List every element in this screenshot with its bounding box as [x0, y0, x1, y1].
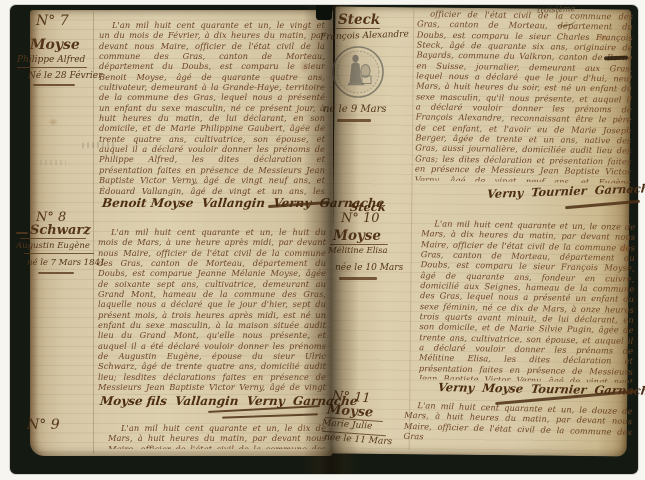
- underline: [38, 272, 74, 274]
- entry7-given-names: Philippe Alfred: [17, 55, 85, 65]
- register-scan: N° 7 Moyse Philippe Alfred Né le 28 Févr…: [0, 0, 645, 480]
- pencil-annotation: [40, 160, 66, 165]
- entry10-act-text: L'an mil huit cent quarante et un, le on…: [419, 218, 636, 383]
- margin-dash: [16, 232, 28, 234]
- entry9-act-text-start: L'an mil huit cent quarante et un, le di…: [108, 423, 326, 449]
- entry7-number: N° 7: [36, 13, 69, 29]
- entry8-surname: Schwarz: [30, 223, 91, 238]
- entry7-signatures: Benoit Moyse Vallangin Verny Garnache: [101, 196, 385, 210]
- entry8-birth-date: né le 7 Mars 1841: [27, 258, 105, 268]
- entry11-act-text-start: L'an mil huit cent quarante et un, le do…: [403, 400, 632, 448]
- entry8-act-text: L'an mil huit cent quarante et un, le hu…: [98, 227, 326, 392]
- steck-birth-date: né le 9 Mars: [323, 104, 387, 115]
- entry8-given-names: Augustin Eugène: [16, 241, 90, 251]
- entry10-number: N° 10: [341, 211, 380, 226]
- entry10-given-names: Mélitine Elisa: [328, 246, 388, 256]
- steck-act-text: officier de l'état civil de la commune d…: [415, 9, 633, 184]
- entry9-number: N° 9: [27, 417, 60, 433]
- entry7-surname: Moyse: [30, 37, 80, 53]
- entry10-birth-date: née le 10 Mars: [335, 263, 403, 273]
- spine-binding: [316, 5, 332, 20]
- entry7-birth-date: Né le 28 Février: [28, 71, 102, 81]
- underline: [33, 84, 75, 86]
- steck-surname: Steck: [338, 12, 380, 28]
- official-seal-icon: [331, 45, 385, 99]
- underline: [337, 119, 371, 122]
- entry10-surname: Moyse: [333, 228, 381, 244]
- underline: [339, 277, 377, 280]
- entry7-act-text: L'an mil huit cent quarante et un, le vi…: [99, 20, 325, 197]
